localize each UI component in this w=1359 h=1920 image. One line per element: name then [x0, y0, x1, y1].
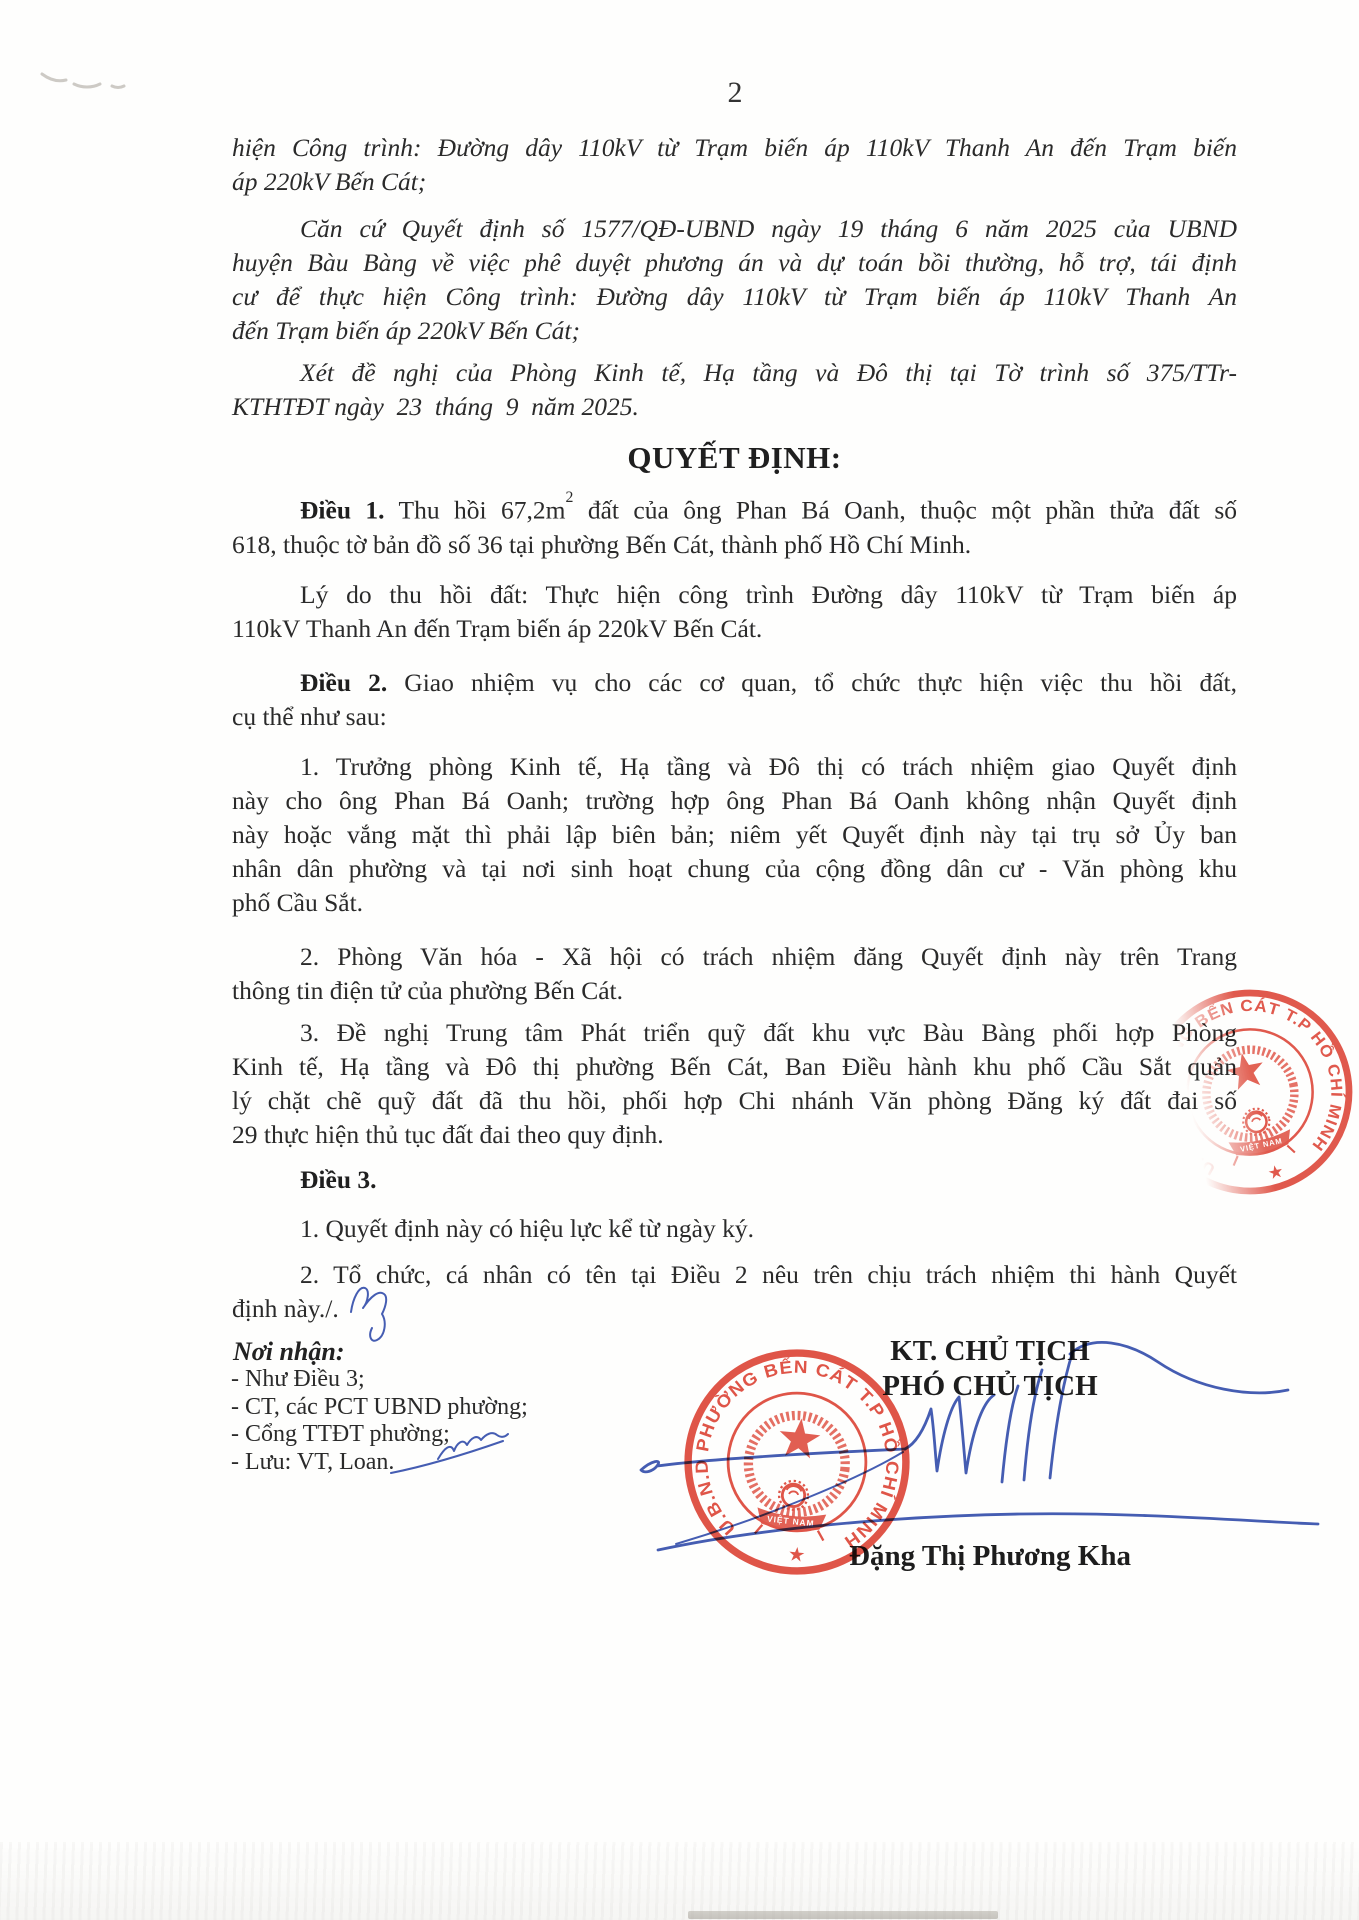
- text-run: Xét đề nghị của Phòng Kinh tế, Hạ tầng v…: [300, 358, 1237, 387]
- paragraph: Điều 3.: [232, 1163, 1237, 1197]
- text-run: này cho ông Phan Bá Oanh; trường hợp ông…: [232, 786, 1237, 815]
- text-run: Căn cứ Quyết định số 1577/QĐ-UBND ngày 1…: [300, 214, 1237, 243]
- text-line: cụ thể như sau:: [232, 700, 1237, 734]
- seal-star-icon: ★: [1266, 1161, 1286, 1184]
- recipients-list: - Như Điều 3;- CT, các PCT UBND phường;-…: [231, 1366, 528, 1476]
- text-run: đến Trạm biến áp 220kV Bến Cát;: [232, 316, 580, 345]
- text-run: cư để thực hiện Công trình: Đường dây 11…: [232, 282, 1237, 311]
- text-run: 618, thuộc tờ bản đồ số 36 tại phường Bế…: [232, 530, 971, 559]
- emblem-star-icon: [777, 1416, 822, 1459]
- text-run: huyện Bàu Bàng về việc phê duyệt phương …: [232, 248, 1237, 277]
- text-run: Giao nhiệm vụ cho các cơ quan, tổ chức t…: [387, 668, 1237, 697]
- paragraph: Xét đề nghị của Phòng Kinh tế, Hạ tầng v…: [232, 356, 1237, 424]
- scan-edge-smear: [688, 1911, 998, 1919]
- text-line: 1. Trưởng phòng Kinh tế, Hạ tầng và Đô t…: [232, 750, 1237, 784]
- text-run: Lý do thu hồi đất: Thực hiện công trình …: [300, 580, 1237, 609]
- text-run: 1. Quyết định này có hiệu lực kể từ ngày…: [300, 1214, 754, 1243]
- text-run: áp 220kV Bến Cát;: [232, 167, 426, 196]
- text-line: 3. Đề nghị Trung tâm Phát triển quỹ đất …: [232, 1016, 1237, 1050]
- text-run: 2: [566, 489, 574, 506]
- text-run: QUYẾT ĐỊNH:: [627, 440, 841, 475]
- paragraph: Điều 1. Thu hồi 67,2m2 đất của ông Phan …: [232, 488, 1237, 562]
- text-run: Thu hồi 67,2m: [385, 496, 566, 525]
- paragraph: Lý do thu hồi đất: Thực hiện công trình …: [232, 578, 1237, 646]
- paragraph: 1. Quyết định này có hiệu lực kể từ ngày…: [232, 1212, 1237, 1246]
- scan-noise-band: [0, 1842, 1359, 1920]
- seal-inner-ring: [721, 1386, 872, 1537]
- paragraph: Căn cứ Quyết định số 1577/QĐ-UBND ngày 1…: [232, 212, 1237, 348]
- scan-smudge: [30, 58, 150, 108]
- official-seal: U.B.N.D PHƯỜNG BẾN CÁT T.P HỒ CHÍ MINH ★…: [664, 1329, 930, 1595]
- document-body: hiện Công trình: Đường dây 110kV từ Trạm…: [232, 131, 1237, 1326]
- text-line: Điều 3.: [232, 1163, 1237, 1197]
- text-run: Điều 3.: [300, 1165, 377, 1194]
- text-run: 29 thực hiện thủ tục đất đai theo quy đị…: [232, 1120, 664, 1149]
- recipient-item: - Lưu: VT, Loan.: [231, 1449, 528, 1477]
- text-run: này hoặc vắng mặt thì phải lập biên bản;…: [232, 820, 1237, 849]
- text-line: áp 220kV Bến Cát;: [232, 165, 1237, 199]
- recipient-item: - CT, các PCT UBND phường;: [231, 1394, 528, 1422]
- text-line: định này./.: [232, 1292, 1237, 1326]
- text-line: Lý do thu hồi đất: Thực hiện công trình …: [232, 578, 1237, 612]
- text-line: 110kV Thanh An đến Trạm biến áp 220kV Bế…: [232, 612, 1237, 646]
- text-line: đến Trạm biến áp 220kV Bến Cát;: [232, 314, 1237, 348]
- text-line: nhân dân phường và tại nơi sinh hoạt chu…: [232, 852, 1237, 886]
- text-line: Điều 1. Thu hồi 67,2m2 đất của ông Phan …: [232, 488, 1237, 528]
- recipients-title: Nơi nhận:: [233, 1337, 345, 1367]
- national-emblem: VIỆT NAM: [741, 1411, 850, 1542]
- text-line: Kinh tế, Hạ tầng và Đô thị phường Bến Cá…: [232, 1050, 1237, 1084]
- recipient-item: - Như Điều 3;: [231, 1366, 528, 1394]
- text-run: thông tin điện tử của phường Bến Cát.: [232, 976, 623, 1005]
- text-line: 618, thuộc tờ bản đồ số 36 tại phường Bế…: [232, 528, 1237, 562]
- text-line: KTHTĐT ngày 23 tháng 9 năm 2025.: [232, 390, 1237, 424]
- paragraph: 3. Đề nghị Trung tâm Phát triển quỹ đất …: [232, 1016, 1237, 1152]
- paragraph: 2. Phòng Văn hóa - Xã hội có trách nhiệm…: [232, 940, 1237, 1008]
- seal-star-icon: ★: [787, 1544, 807, 1567]
- text-line: cư để thực hiện Công trình: Đường dây 11…: [232, 280, 1237, 314]
- text-line: huyện Bàu Bàng về việc phê duyệt phương …: [232, 246, 1237, 280]
- scanned-document-page: 2 hiện Công trình: Đường dây 110kV từ Tr…: [0, 0, 1359, 1920]
- text-run: 2. Phòng Văn hóa - Xã hội có trách nhiệm…: [300, 942, 1237, 971]
- text-run: Điều 2.: [300, 668, 387, 697]
- text-line: Xét đề nghị của Phòng Kinh tế, Hạ tầng v…: [232, 356, 1237, 390]
- text-run: cụ thể như sau:: [232, 702, 387, 731]
- text-run: đất của ông Phan Bá Oanh, thuộc một phần…: [573, 496, 1237, 525]
- paragraph: 1. Trưởng phòng Kinh tế, Hạ tầng và Đô t…: [232, 750, 1237, 920]
- text-run: 1. Trưởng phòng Kinh tế, Hạ tầng và Đô t…: [300, 752, 1237, 781]
- text-line: phố Cầu Sắt.: [232, 886, 1237, 920]
- text-run: phố Cầu Sắt.: [232, 888, 363, 917]
- paragraph: hiện Công trình: Đường dây 110kV từ Trạm…: [232, 131, 1237, 199]
- rice-wreath: [744, 1411, 850, 1517]
- text-line: 2. Phòng Văn hóa - Xã hội có trách nhiệm…: [232, 940, 1237, 974]
- text-run: 3. Đề nghị Trung tâm Phát triển quỹ đất …: [300, 1018, 1237, 1047]
- text-run: định này./.: [232, 1294, 339, 1323]
- recipient-item: - Cổng TTĐT phường;: [231, 1421, 528, 1449]
- text-line: Căn cứ Quyết định số 1577/QĐ-UBND ngày 1…: [232, 212, 1237, 246]
- text-line: này hoặc vắng mặt thì phải lập biên bản;…: [232, 818, 1237, 852]
- page-number: 2: [700, 76, 770, 110]
- text-run: nhân dân phường và tại nơi sinh hoạt chu…: [232, 854, 1237, 883]
- text-line: 29 thực hiện thủ tục đất đai theo quy đị…: [232, 1118, 1237, 1152]
- text-line: này cho ông Phan Bá Oanh; trường hợp ông…: [232, 784, 1237, 818]
- text-line: QUYẾT ĐỊNH:: [232, 438, 1237, 478]
- text-run: Điều 1.: [300, 496, 385, 525]
- text-run: Kinh tế, Hạ tầng và Đô thị phường Bến Cá…: [232, 1052, 1237, 1081]
- paragraph: 2. Tổ chức, cá nhân có tên tại Điều 2 nê…: [232, 1258, 1237, 1326]
- text-run: 2. Tổ chức, cá nhân có tên tại Điều 2 nê…: [300, 1260, 1237, 1289]
- text-line: hiện Công trình: Đường dây 110kV từ Trạm…: [232, 131, 1237, 165]
- national-emblem: VIỆT NAM: [1198, 1041, 1307, 1168]
- text-run: KTHTĐT ngày 23 tháng 9 năm 2025.: [232, 392, 639, 421]
- text-line: lý chặt chẽ quỹ đất đã thu hồi, phối hợp…: [232, 1084, 1237, 1118]
- text-line: 2. Tổ chức, cá nhân có tên tại Điều 2 nê…: [232, 1258, 1237, 1292]
- paragraph: Điều 2. Giao nhiệm vụ cho các cơ quan, t…: [232, 666, 1237, 734]
- paragraph: QUYẾT ĐỊNH:: [232, 438, 1237, 478]
- text-run: 110kV Thanh An đến Trạm biến áp 220kV Bế…: [232, 614, 762, 643]
- text-line: thông tin điện tử của phường Bến Cát.: [232, 974, 1237, 1008]
- text-line: 1. Quyết định này có hiệu lực kể từ ngày…: [232, 1212, 1237, 1246]
- text-run: lý chặt chẽ quỹ đất đã thu hồi, phối hợp…: [232, 1086, 1237, 1115]
- text-run: hiện Công trình: Đường dây 110kV từ Trạm…: [232, 133, 1237, 162]
- text-line: Điều 2. Giao nhiệm vụ cho các cơ quan, t…: [232, 666, 1237, 700]
